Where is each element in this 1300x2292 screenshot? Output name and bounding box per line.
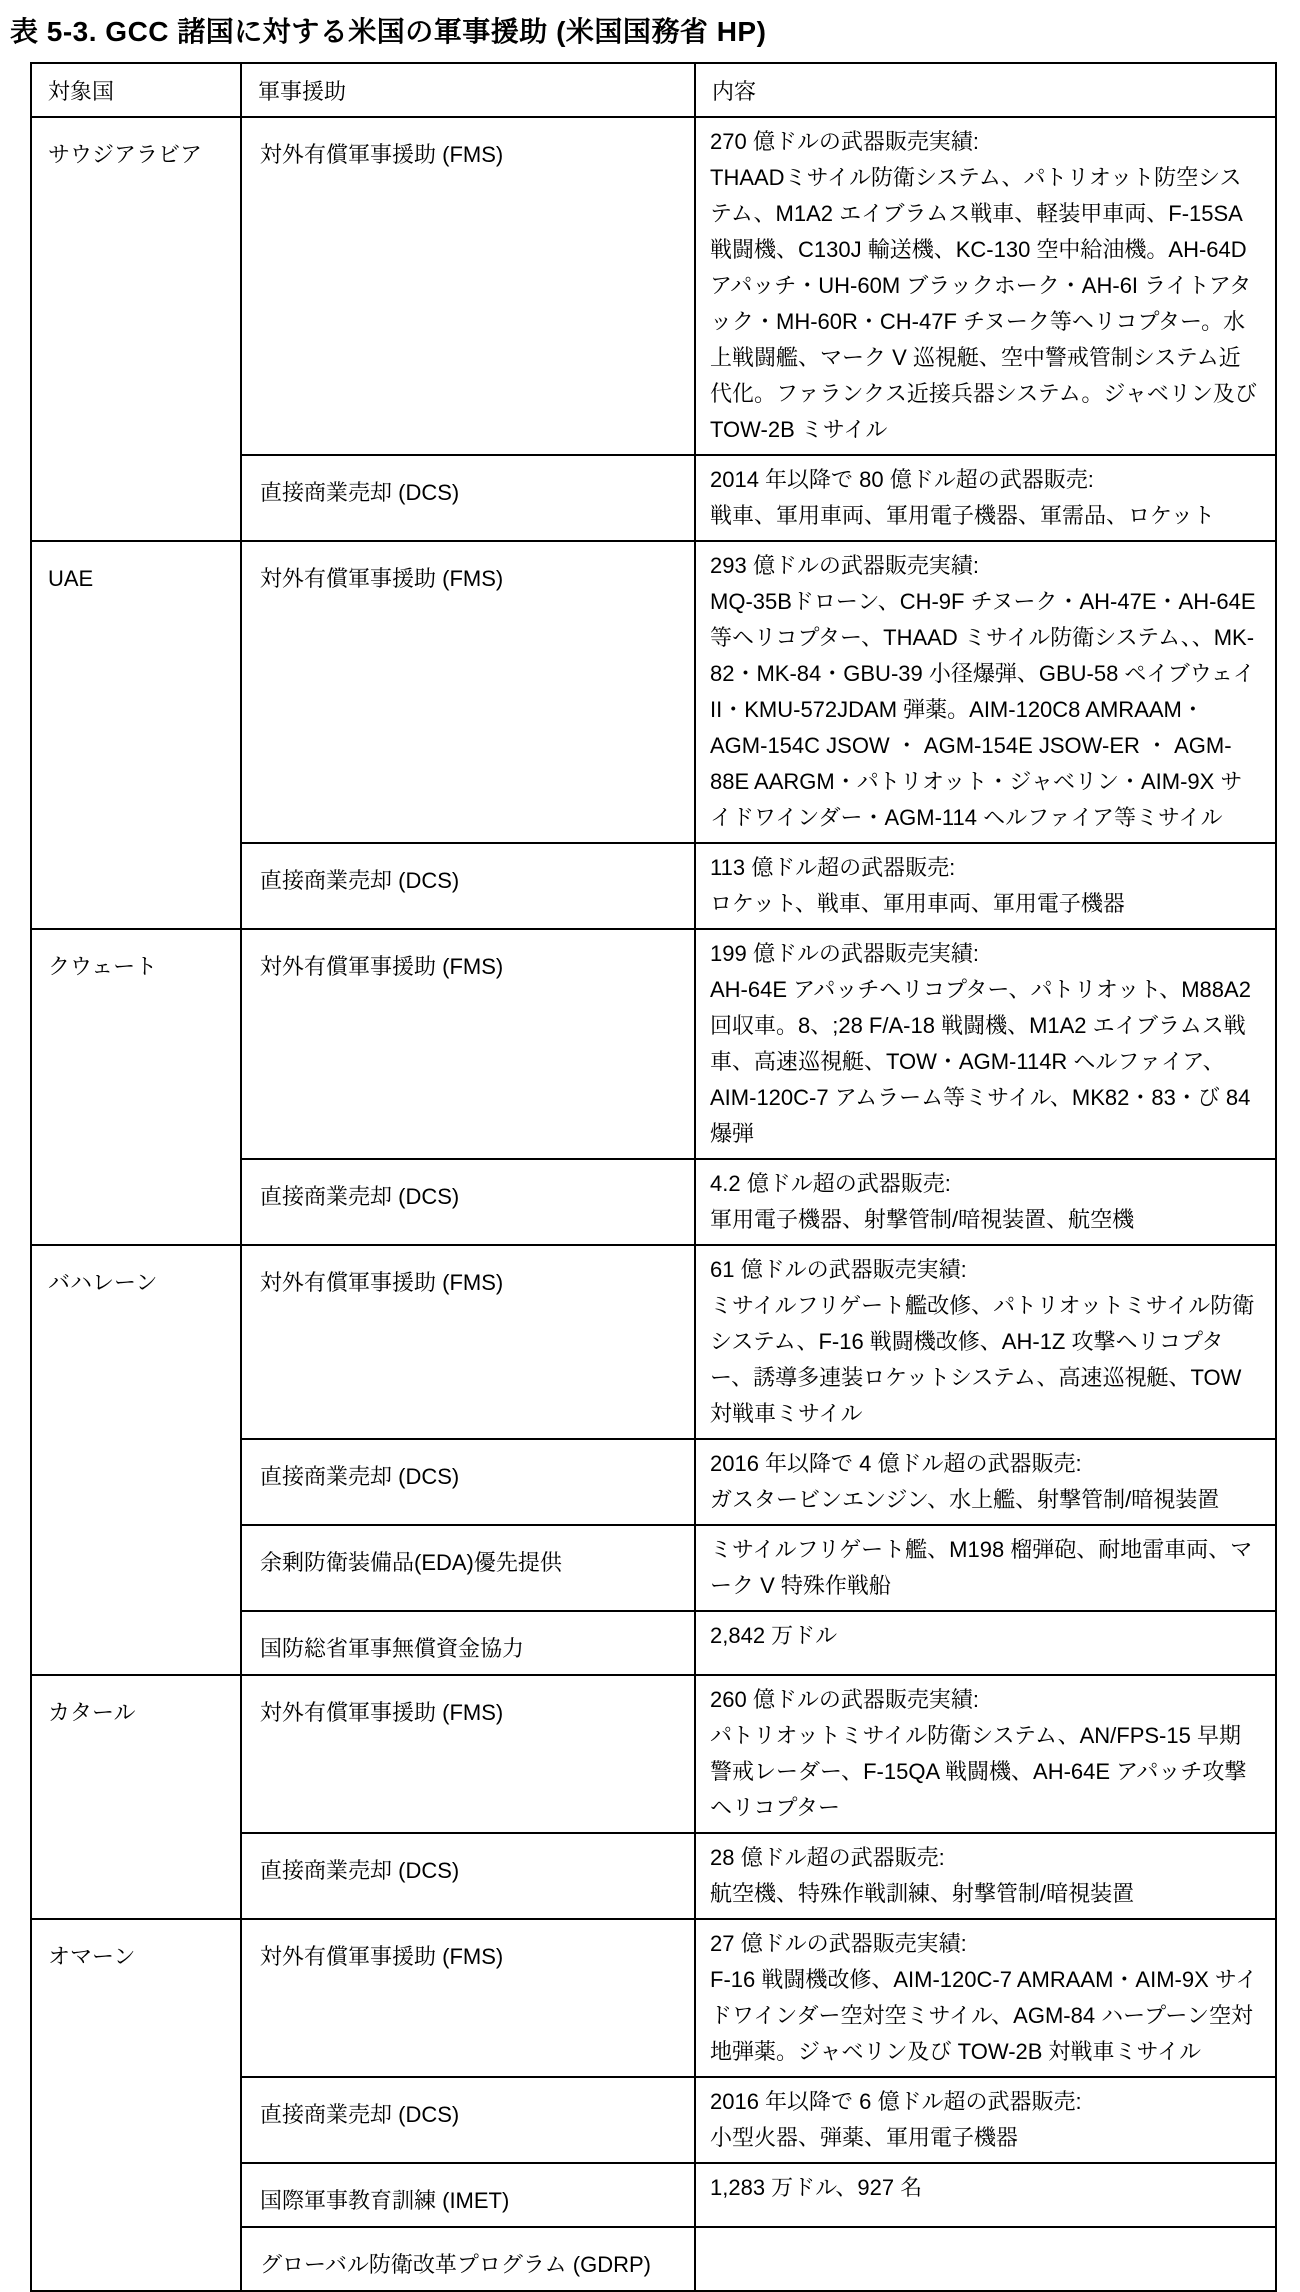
table-caption: 表 5-3. GCC 諸国に対する米国の軍事援助 (米国国務省 HP) bbox=[10, 10, 1300, 50]
table-row: バハレーン 対外有償軍事援助 (FMS) 61 億ドルの武器販売実績: ミサイル… bbox=[31, 1245, 1276, 1439]
country-cell-kuwait: クウェート bbox=[31, 929, 241, 1245]
table-row: サウジアラビア 対外有償軍事援助 (FMS) 270 億ドルの武器販売実績: T… bbox=[31, 117, 1276, 455]
aid-type-cell: 直接商業売却 (DCS) bbox=[241, 2077, 695, 2163]
aid-type-cell: 直接商業売却 (DCS) bbox=[241, 455, 695, 541]
aid-content-cell: 199 億ドルの武器販売実績: AH-64E アパッチヘリコプター、パトリオット… bbox=[695, 929, 1276, 1159]
aid-content-cell: 27 億ドルの武器販売実績: F-16 戦闘機改修、AIM-120C-7 AMR… bbox=[695, 1919, 1276, 2077]
aid-type-cell: 対外有償軍事援助 (FMS) bbox=[241, 117, 695, 455]
aid-content-cell bbox=[695, 2227, 1276, 2291]
aid-content-cell: 2016 年以降で 6 億ドル超の武器販売: 小型火器、弾薬、軍用電子機器 bbox=[695, 2077, 1276, 2163]
table-row: オマーン 対外有償軍事援助 (FMS) 27 億ドルの武器販売実績: F-16 … bbox=[31, 1919, 1276, 2077]
aid-type-cell: 余剰防衛装備品(EDA)優先提供 bbox=[241, 1525, 695, 1611]
table-row: クウェート 対外有償軍事援助 (FMS) 199 億ドルの武器販売実績: AH-… bbox=[31, 929, 1276, 1159]
country-cell-qatar: カタール bbox=[31, 1675, 241, 1919]
aid-content-cell: 2016 年以降で 4 億ドル超の武器販売: ガスタービンエンジン、水上艦、射撃… bbox=[695, 1439, 1276, 1525]
military-aid-table: 対象国 軍事援助 内容 サウジアラビア 対外有償軍事援助 (FMS) 270 億… bbox=[30, 62, 1277, 2292]
aid-type-cell: 国際軍事教育訓練 (IMET) bbox=[241, 2163, 695, 2227]
header-target-country: 対象国 bbox=[31, 63, 241, 117]
aid-content-cell: 293 億ドルの武器販売実績: MQ-35Bドローン、CH-9F チヌーク・AH… bbox=[695, 541, 1276, 843]
document-page: 表 5-3. GCC 諸国に対する米国の軍事援助 (米国国務省 HP) 対象国 … bbox=[0, 0, 1300, 2292]
aid-content-cell: 2,842 万ドル bbox=[695, 1611, 1276, 1675]
aid-content-cell: ミサイルフリゲート艦、M198 榴弾砲、耐地雷車両、マーク V 特殊作戦船 bbox=[695, 1525, 1276, 1611]
aid-type-cell: 直接商業売却 (DCS) bbox=[241, 843, 695, 929]
aid-content-cell: 1,283 万ドル、927 名 bbox=[695, 2163, 1276, 2227]
aid-content-cell: 260 億ドルの武器販売実績: パトリオットミサイル防衛システム、AN/FPS-… bbox=[695, 1675, 1276, 1833]
country-cell-oman: オマーン bbox=[31, 1919, 241, 2291]
aid-content-cell: 113 億ドル超の武器販売: ロケット、戦車、軍用車両、軍用電子機器 bbox=[695, 843, 1276, 929]
aid-type-cell: 対外有償軍事援助 (FMS) bbox=[241, 541, 695, 843]
aid-type-cell: 対外有償軍事援助 (FMS) bbox=[241, 1919, 695, 2077]
country-cell-uae: UAE bbox=[31, 541, 241, 929]
header-row: 対象国 軍事援助 内容 bbox=[31, 63, 1276, 117]
aid-content-cell: 2014 年以降で 80 億ドル超の武器販売: 戦車、軍用車両、軍用電子機器、軍… bbox=[695, 455, 1276, 541]
aid-type-cell: 直接商業売却 (DCS) bbox=[241, 1439, 695, 1525]
aid-type-cell: 対外有償軍事援助 (FMS) bbox=[241, 929, 695, 1159]
aid-type-cell: 国防総省軍事無償資金協力 bbox=[241, 1611, 695, 1675]
aid-type-cell: 対外有償軍事援助 (FMS) bbox=[241, 1675, 695, 1833]
table-row: UAE 対外有償軍事援助 (FMS) 293 億ドルの武器販売実績: MQ-35… bbox=[31, 541, 1276, 843]
aid-content-cell: 28 億ドル超の武器販売: 航空機、特殊作戦訓練、射撃管制/暗視装置 bbox=[695, 1833, 1276, 1919]
country-cell-saudi-arabia: サウジアラビア bbox=[31, 117, 241, 541]
aid-content-cell: 270 億ドルの武器販売実績: THAADミサイル防衛システム、パトリオット防空… bbox=[695, 117, 1276, 455]
aid-content-cell: 61 億ドルの武器販売実績: ミサイルフリゲート艦改修、パトリオットミサイル防衛… bbox=[695, 1245, 1276, 1439]
aid-type-cell: 直接商業売却 (DCS) bbox=[241, 1833, 695, 1919]
aid-content-cell: 4.2 億ドル超の武器販売: 軍用電子機器、射撃管制/暗視装置、航空機 bbox=[695, 1159, 1276, 1245]
country-cell-bahrain: バハレーン bbox=[31, 1245, 241, 1675]
aid-type-cell: 対外有償軍事援助 (FMS) bbox=[241, 1245, 695, 1439]
table-row: カタール 対外有償軍事援助 (FMS) 260 億ドルの武器販売実績: パトリオ… bbox=[31, 1675, 1276, 1833]
aid-type-cell: 直接商業売却 (DCS) bbox=[241, 1159, 695, 1245]
header-military-aid: 軍事援助 bbox=[241, 63, 695, 117]
header-content: 内容 bbox=[695, 63, 1276, 117]
aid-type-cell: グローバル防衛改革プログラム (GDRP) bbox=[241, 2227, 695, 2291]
